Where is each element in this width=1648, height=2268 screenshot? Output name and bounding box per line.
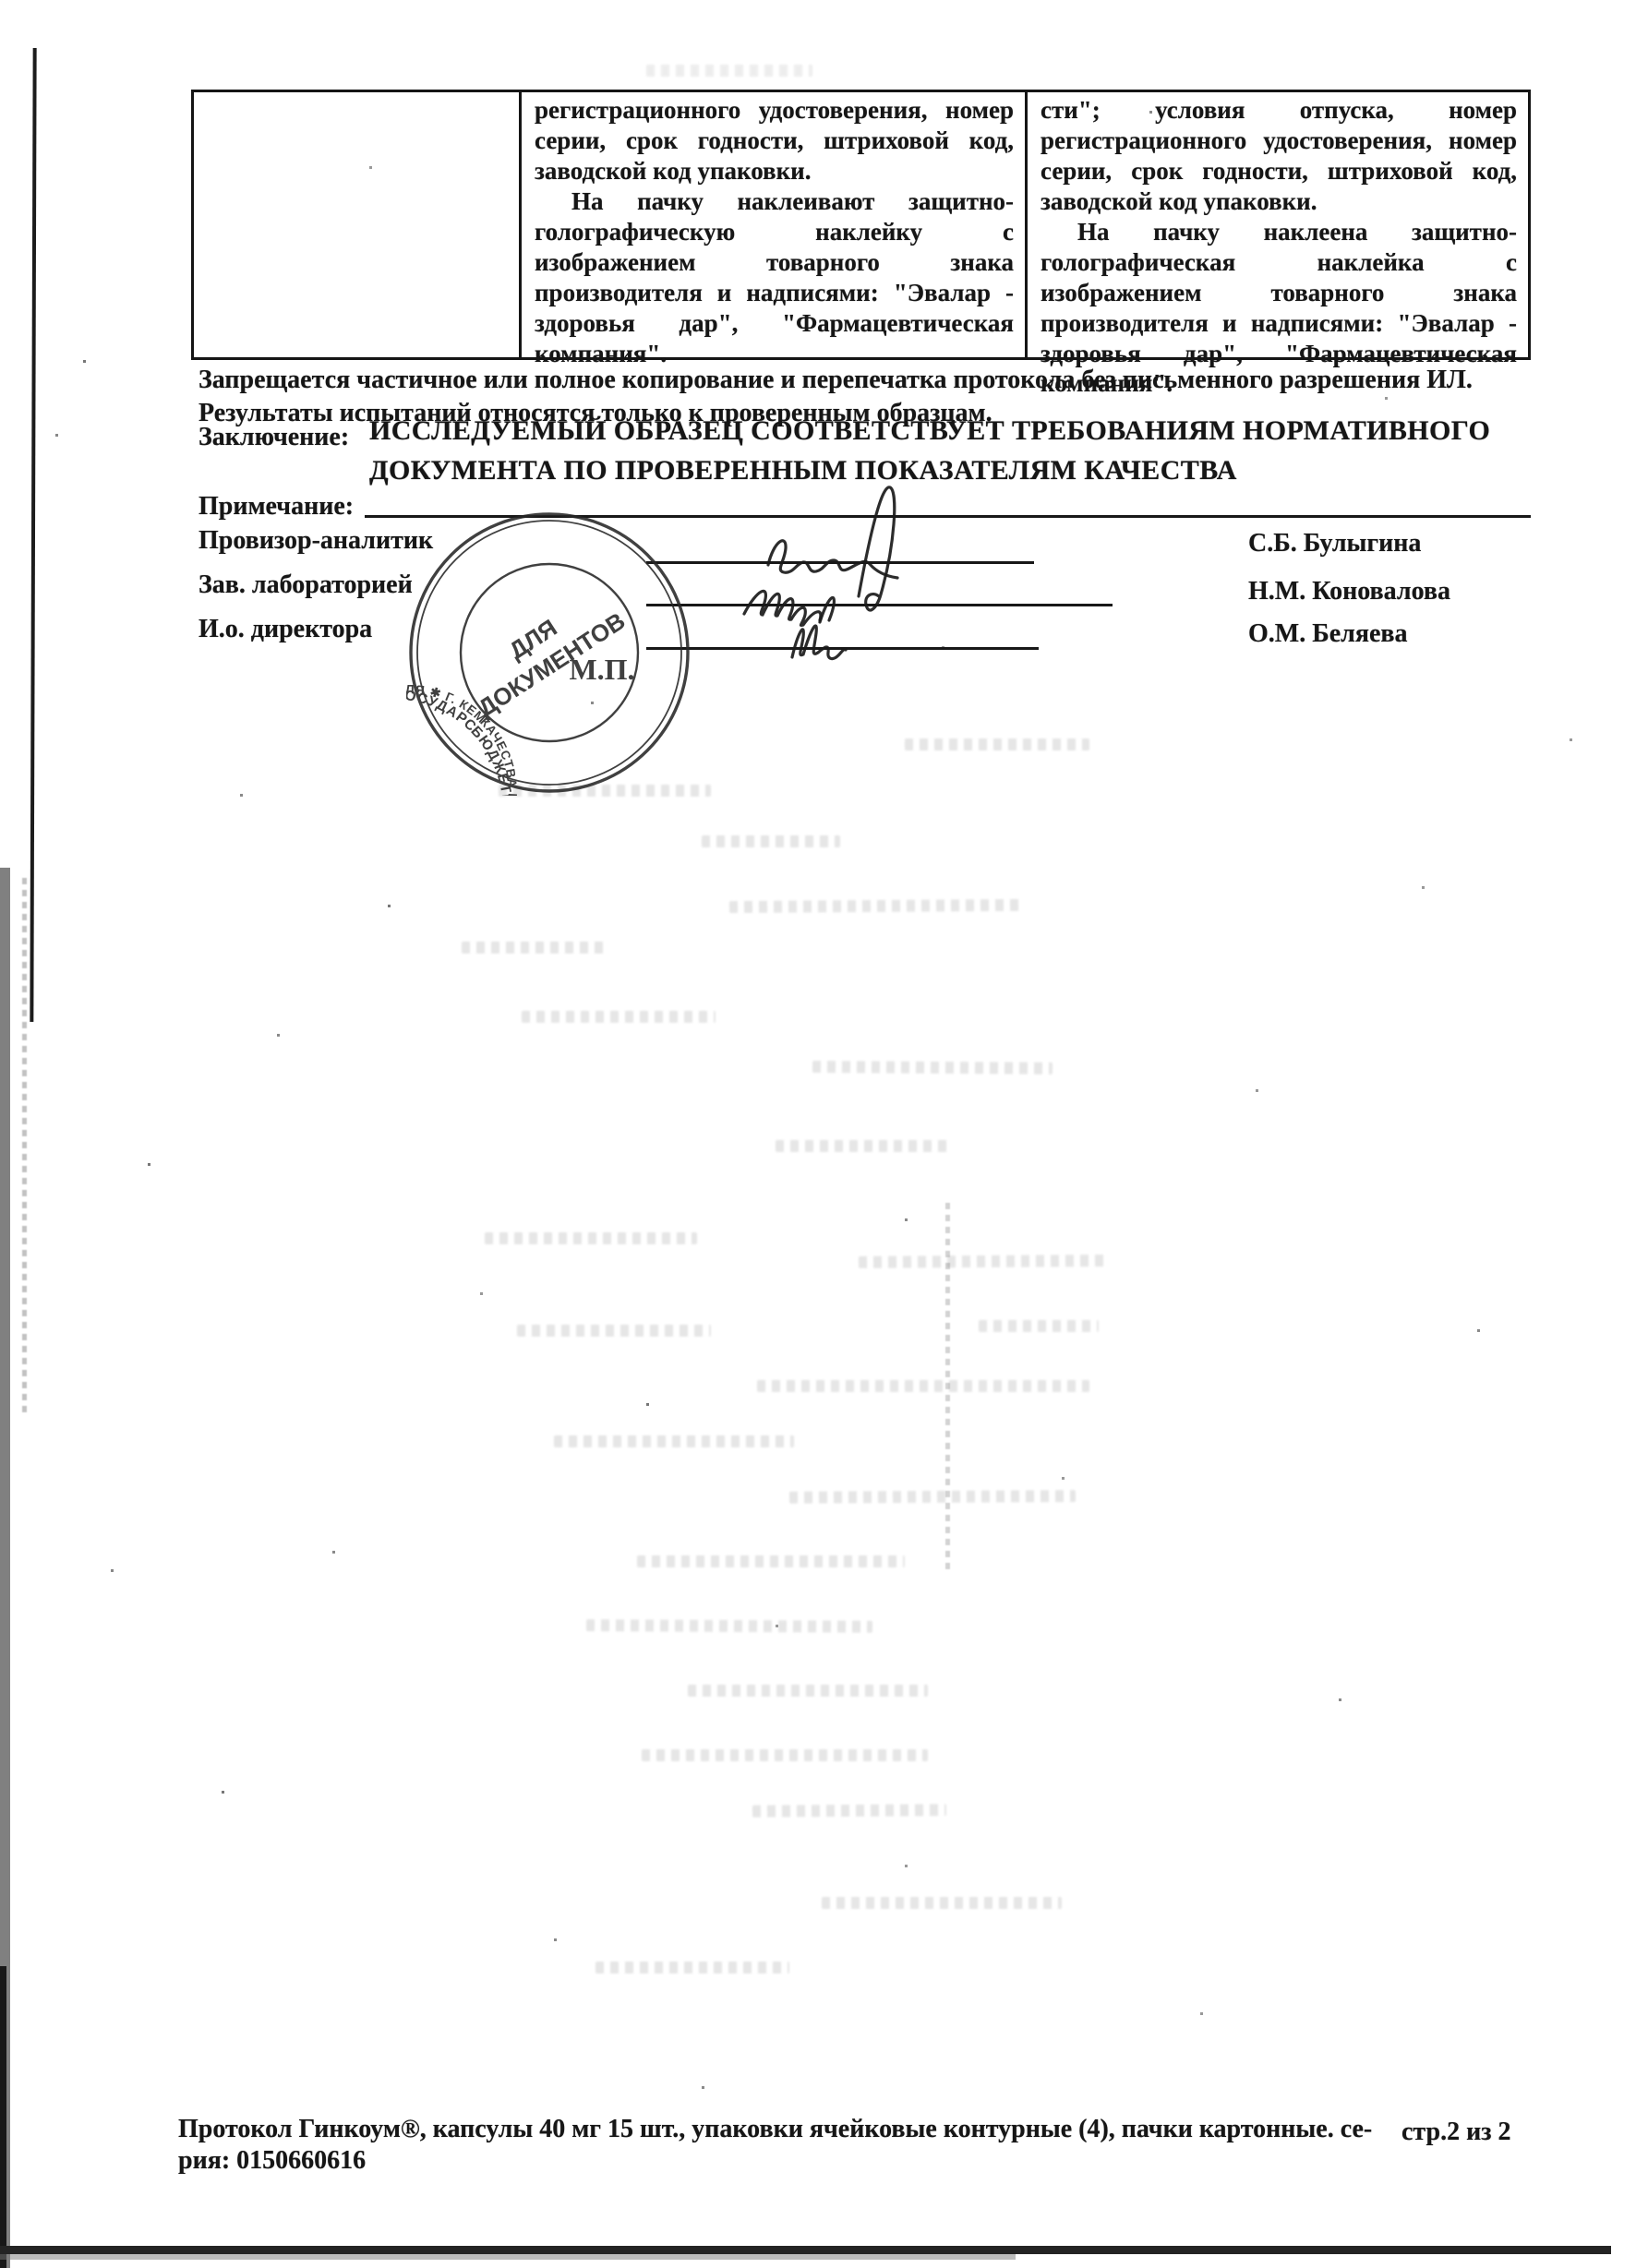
cell-paragraph: регистрационного удостоверения, номер се… (535, 95, 1014, 186)
copy-prohibition-notice: Запрещается частичное или полное копиров… (198, 366, 1473, 395)
bleed-through (822, 1897, 1062, 1909)
signature-flourish (859, 487, 895, 610)
scan-artifact-bottom-band-soft (0, 2254, 1016, 2260)
bleed-through (979, 1320, 1099, 1332)
signature-bulygina (768, 541, 897, 578)
bleed-through (485, 1232, 697, 1244)
bleed-through (595, 1962, 789, 1974)
scan-artifact-bottom-band (0, 2246, 1611, 2254)
signer-role: Провизор-аналитик (198, 526, 433, 556)
handwritten-signatures (554, 425, 1108, 702)
scan-noise-specks (0, 0, 3, 3)
note-label: Примечание: (198, 492, 354, 522)
bleed-through (729, 899, 1025, 913)
signature-konovalova-loop (820, 597, 834, 622)
cell-paragraph: На пачку наклеивают защитно-голографичес… (535, 186, 1014, 369)
signer-role: Зав. лабораторией (198, 570, 413, 600)
bleed-through (702, 835, 840, 847)
cell-paragraph: сти"; условия отпуска, номер регистрацио… (1041, 95, 1517, 217)
bleed-through (905, 738, 1089, 750)
labeling-comparison-table: регистрационного удостоверения, номер се… (191, 90, 1531, 360)
bleed-through (522, 1011, 716, 1023)
table-cell-normative-text: регистрационного удостоверения, номер се… (519, 92, 1025, 357)
bleed-through (776, 1140, 951, 1152)
footer-protocol-line1: Протокол Гинкоум®, капсулы 40 мг 15 шт.,… (178, 2115, 1372, 2144)
scan-artifact-left-edge-dark (0, 1966, 6, 2268)
scan-artifact-vertical-line (30, 48, 36, 1022)
bleed-through (517, 1325, 711, 1337)
table-cell-empty (194, 92, 519, 357)
signer-role: И.о. директора (198, 615, 372, 644)
bleed-through (752, 1804, 946, 1817)
scan-artifact-margin-smudge (22, 877, 27, 1412)
bleed-through (757, 1380, 1089, 1392)
page-number: стр.2 из 2 (1401, 2118, 1510, 2147)
signer-name: О.М. Беляева (1248, 619, 1408, 649)
bleed-through (462, 942, 609, 954)
signature-belyaeva (792, 626, 846, 659)
bleed-through (637, 1555, 905, 1567)
conclusion-label: Заключение: (198, 423, 349, 452)
bleed-through (646, 65, 812, 77)
footer-protocol-line2: рия: 0150660616 (178, 2146, 366, 2176)
bleed-through (688, 1685, 928, 1697)
bleed-through (812, 1061, 1053, 1074)
bleed-through (642, 1749, 928, 1761)
signature-konovalova (744, 591, 821, 625)
bleed-through (859, 1254, 1108, 1268)
bleed-through (554, 1435, 794, 1447)
bleed-through (586, 1619, 872, 1633)
signer-name: С.Б. Булыгина (1248, 529, 1421, 558)
table-cell-actual-text: сти"; условия отпуска, номер регистрацио… (1025, 92, 1528, 357)
scanned-protocol-page: регистрационного удостоверения, номер се… (0, 0, 1648, 2268)
bleed-through (789, 1490, 1076, 1504)
signer-name: Н.М. Коновалова (1248, 577, 1450, 606)
